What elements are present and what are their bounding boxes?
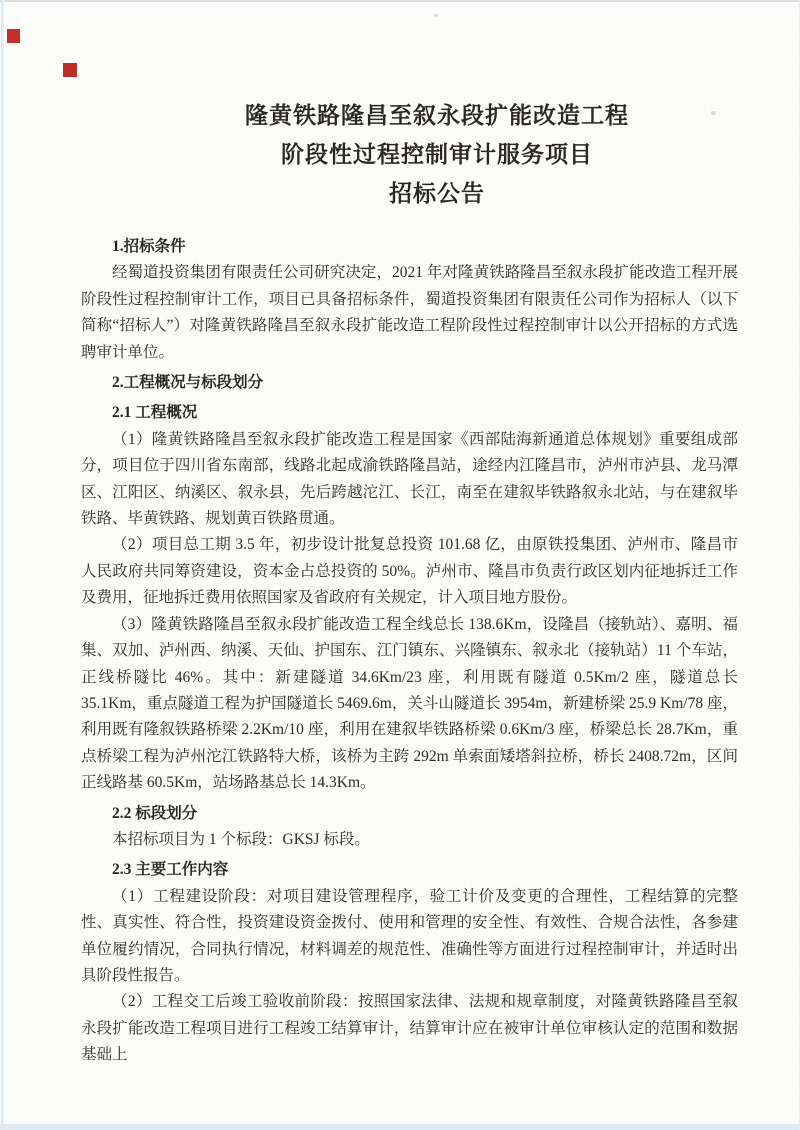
red-stamp-mark-2 (63, 63, 77, 77)
scan-edge-left (1, 0, 4, 1130)
document-title: 隆黄铁路隆昌至叙永段扩能改造工程 阶段性过程控制审计服务项目 招标公告 (81, 96, 738, 213)
document-page: 隆黄铁路隆昌至叙永段扩能改造工程 阶段性过程控制审计服务项目 招标公告 1.招标… (0, 0, 800, 1130)
title-line-3: 招标公告 (136, 174, 738, 213)
scan-edge-bottom (0, 1124, 800, 1130)
title-line-2: 阶段性过程控制审计服务项目 (136, 135, 738, 174)
section-2-heading: 2.工程概况与标段划分 (81, 370, 738, 396)
title-line-1: 隆黄铁路隆昌至叙永段扩能改造工程 (136, 96, 738, 135)
project-overview-paragraph-1: （1）隆黄铁路隆昌至叙永段扩能改造工程是国家《西部陆海新通道总体规划》重要组成部… (81, 427, 738, 533)
bid-section-paragraph: 本招标项目为 1 个标段：GKSJ 标段。 (81, 827, 738, 853)
scan-edge-top (0, 0, 800, 2)
red-stamp-mark-1 (7, 29, 20, 43)
section-2-1-heading: 2.1 工程概况 (81, 400, 738, 426)
section-2-2-heading: 2.2 标段划分 (81, 801, 738, 827)
section-2-3-heading: 2.3 主要工作内容 (81, 857, 738, 883)
section-1-heading: 1.招标条件 (81, 234, 738, 260)
project-overview-paragraph-3: （3）隆黄铁路隆昌至叙永段扩能改造工程全线总长 138.6Km，设隆昌（接轨站）… (81, 612, 738, 797)
section-1-paragraph: 经蜀道投资集团有限责任公司研究决定，2021 年对隆黄铁路隆昌至叙永段扩能改造工… (81, 260, 738, 366)
scan-speck (711, 111, 716, 115)
project-overview-paragraph-2: （2）项目总工期 3.5 年，初步设计批复总投资 101.68 亿，由原铁投集团… (81, 532, 738, 611)
work-content-paragraph-2: （2）工程交工后竣工验收前阶段：按照国家法律、法规和规章制度，对隆黄铁路隆昌至叙… (81, 989, 738, 1068)
document-body: 1.招标条件 经蜀道投资集团有限责任公司研究决定，2021 年对隆黄铁路隆昌至叙… (81, 234, 738, 1069)
scan-speck (434, 14, 438, 17)
work-content-paragraph-1: （1）工程建设阶段：对项目建设管理程序，验工计价及变更的合理性，工程结算的完整性… (81, 884, 738, 990)
